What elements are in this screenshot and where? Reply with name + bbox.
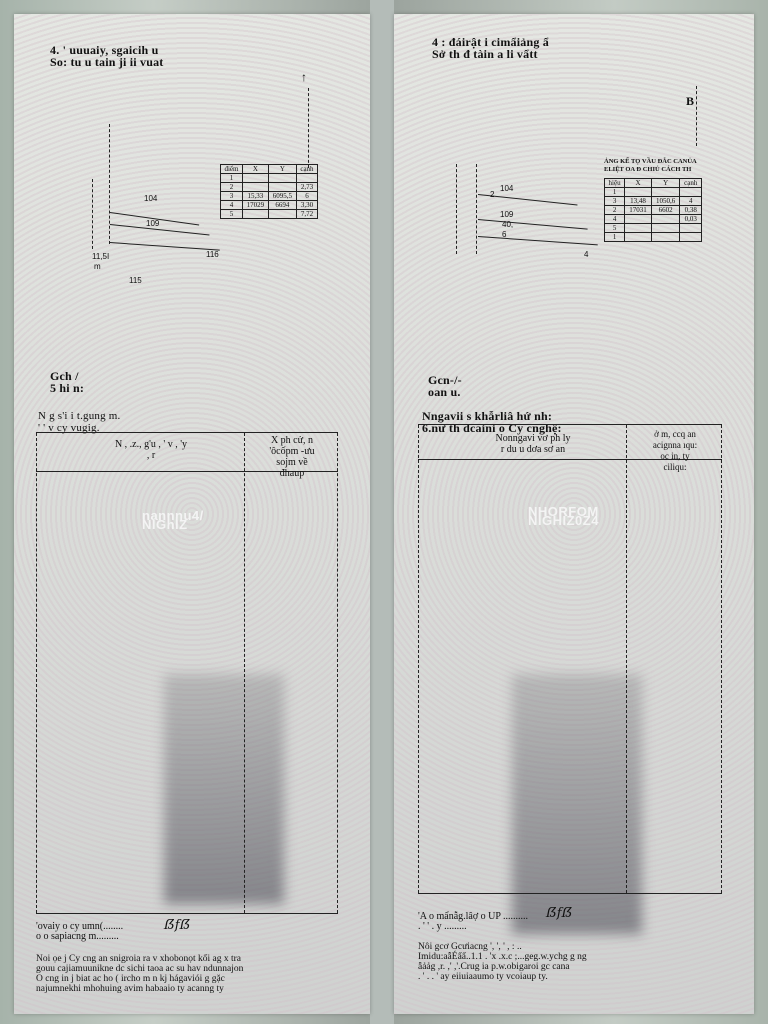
table-cell: 1 [605, 188, 625, 197]
map-label: 115 [129, 276, 142, 285]
plot-edge [456, 164, 457, 254]
table-cell [268, 210, 296, 219]
table-header-row: hiệu X Y cạnh [605, 179, 702, 188]
col1-header-line2: , r [66, 450, 236, 461]
table-cell: 4 [221, 201, 243, 210]
table-divider [244, 433, 245, 913]
map-label: 40, [502, 220, 513, 229]
note-line: Imidu:aẫÉẩẩ..1.1 . 'x .x.c ;...geg.w.ych… [418, 952, 587, 962]
table-header-row: điểm X Y cạnh [221, 165, 318, 174]
col1-header-line1: N , .z., g'u , ' v , 'y [66, 439, 236, 450]
table-cell [625, 224, 652, 233]
map-label: 104 [144, 194, 157, 203]
col1-header: N , .z., g'u , ' v , 'y , r [66, 439, 236, 461]
footer-line2: . ' ' . y ......... [418, 922, 528, 932]
plot-boundary [110, 242, 220, 251]
table-cell: 3 [605, 197, 625, 206]
table-cell: 4 [605, 215, 625, 224]
signature: ẞfẞ [546, 906, 572, 921]
col2-header-line1: ở m, ccq an [630, 429, 720, 440]
signature: ẞfẞ [164, 918, 190, 933]
map-label: 6 [502, 230, 506, 239]
plot-edge [476, 164, 477, 254]
footer-notes: Nôi gcơ Gcưiacng ', ', ' , : .. Imidu:aẫ… [418, 942, 587, 982]
map-axis-line [308, 88, 309, 168]
note-line: O cng in j biat ac ho ( ircho m n kj hág… [36, 974, 243, 984]
table-cell: 1 [221, 174, 243, 183]
plot-boundary [478, 219, 588, 230]
col-header: X [242, 165, 268, 174]
stamp-line2: NIGHIZ0Z4 [528, 513, 599, 528]
col-header: Y [268, 165, 296, 174]
table-cell [242, 183, 268, 192]
right-page: 4 : đáirật i cimẩiảng ẩ Sở th đ tàin a l… [394, 14, 754, 1014]
col1-header-line2: r du u dơa sơ an [448, 444, 618, 455]
table-cell: 6095,5 [268, 192, 296, 201]
table-cell [651, 215, 680, 224]
note-line: najumnekhi mhohuing avim habaaio ty acan… [36, 984, 243, 994]
map-label: 4 [584, 250, 588, 259]
map-label: 104 [500, 184, 513, 193]
table-row: 41702966943,30 [221, 201, 318, 210]
note-line: gouu cajiamuunikne dc sichi taoa ac su h… [36, 964, 243, 974]
table-cell: 17029 [242, 201, 268, 210]
map-label: m [94, 262, 101, 271]
table-cell [625, 215, 652, 224]
table-cell [651, 233, 680, 242]
table-cell [625, 233, 652, 242]
table-cell [680, 233, 702, 242]
plot-boundary [110, 224, 210, 235]
table-border [337, 433, 338, 913]
table-cell: 2,73 [296, 183, 317, 192]
table-border [418, 425, 419, 893]
col-header: X [625, 179, 652, 188]
table-row: 2 2,73 [221, 183, 318, 192]
map-label: 109 [500, 210, 513, 219]
section-4-title-line2: So: tu u tain ji ii vuat [50, 56, 164, 68]
footer-notes: Noi ọe j Cy cng an snigroia ra v xhobonọ… [36, 954, 243, 994]
table-cell: 4 [680, 197, 702, 206]
table-cell [242, 174, 268, 183]
col2-header-line1: X ph cử, n [248, 435, 336, 446]
table-row: 1 [221, 174, 318, 183]
registration-changes-table: Nonngavi vơ ph ly r du u dơa sơ an ở m, … [418, 424, 722, 894]
table-cell [296, 174, 317, 183]
table-cell [651, 224, 680, 233]
table-cell [268, 183, 296, 192]
note-line: Noi ọe j Cy cng an snigroia ra v xhobonọ… [36, 954, 243, 964]
table-cell: 15,33 [242, 192, 268, 201]
table-row: 315,336095,56 [221, 192, 318, 201]
plot-edge [92, 179, 93, 249]
section-6-title-line1: N g s'i i t.gung m. [38, 410, 120, 422]
footer-date: 'ovaiy o cy umn(........ o o sapiacng m.… [36, 922, 123, 942]
note-line: . ' . . ' ay eiiuiaaumo ty vcoiaup ty. [418, 972, 587, 982]
watermark-stamp: NHORFOM NIGHIZ0Z4 [528, 504, 599, 528]
col1-header-line1: Nonngavi vơ ph ly [448, 433, 618, 444]
table-border [36, 433, 37, 913]
table-cell [680, 188, 702, 197]
col2-header-line2: 'ôcốpm -ưu [248, 446, 336, 457]
table-cell: 2 [605, 206, 625, 215]
table-border [721, 425, 722, 893]
registration-changes-table: N , .z., g'u , ' v , 'y , r X ph cử, n '… [36, 432, 338, 914]
map-label: 2 [490, 190, 494, 199]
north-label: B [686, 94, 694, 109]
table-row: 313,481050,64 [605, 197, 702, 206]
table-cell: 3,30 [296, 201, 317, 210]
col-header: Y [651, 179, 680, 188]
table-cell [625, 188, 652, 197]
table-row: 21703166020,38 [605, 206, 702, 215]
watermark-stamp: nannnu4/ NIGhIZ [142, 508, 204, 532]
table-cell: 6 [296, 192, 317, 201]
table-cell [242, 210, 268, 219]
col-header: cạnh [680, 179, 702, 188]
table-row: 5 7,72 [221, 210, 318, 219]
table-cell: 3 [221, 192, 243, 201]
col2-header-line4: đhaup [248, 468, 336, 479]
section-5-title-line2: 5 hi n: [50, 382, 84, 394]
section-5-title: Gch / 5 hi n: [50, 370, 84, 394]
coordinate-table-title: ẢNG KỂ TỌ VẦU ĐẮC CANỦA ELIỆT OA Đ CHIỦ … [604, 158, 697, 174]
table-row: 4 0,03 [605, 215, 702, 224]
table-cell: 2 [221, 183, 243, 192]
table-cell: 17031 [625, 206, 652, 215]
map-label: 116 [206, 250, 219, 259]
section-4-title: 4 : đáirật i cimẩiảng ẩ Sở th đ tàin a l… [432, 36, 549, 60]
note-line: ẫảảg ,r. ,' ,'.Crug ia p.w.obigaroi gc c… [418, 962, 587, 972]
table-cell: 6694 [268, 201, 296, 210]
left-page: 4. ' uuuaiy, sgaicih u So: tu u tain ji … [14, 14, 370, 1014]
col2-header-line3: sojm về [248, 457, 336, 468]
col-header: hiệu [605, 179, 625, 188]
table-cell: 13,48 [625, 197, 652, 206]
footer-line2: o o sapiacng m......... [36, 932, 123, 942]
table-divider [626, 425, 627, 893]
table-cell: 1050,6 [651, 197, 680, 206]
col2-header-line2: acignna ıqu: [630, 440, 720, 451]
map-label: 109 [146, 219, 159, 228]
table-cell: 5 [605, 224, 625, 233]
table-row: 1 [605, 233, 702, 242]
table-cell: 0,38 [680, 206, 702, 215]
map-axis-line [696, 86, 697, 146]
table-row: 5 [605, 224, 702, 233]
plot-edge [109, 124, 110, 244]
coord-title-line2: ELIỆT OA Đ CHIỦ CÁCH TH [604, 166, 697, 174]
table-cell: 7,72 [296, 210, 317, 219]
coord-title-line1: ẢNG KỂ TỌ VẦU ĐẮC CANỦA [604, 158, 697, 166]
table-cell [268, 174, 296, 183]
table-cell: 5 [221, 210, 243, 219]
table-cell [680, 224, 702, 233]
note-line: Nôi gcơ Gcưiacng ', ', ' , : .. [418, 942, 587, 952]
col2-header: ở m, ccq an acignna ıqu: oc in, ty ciliq… [630, 429, 720, 473]
map-label: 11,5I [92, 252, 109, 261]
table-cell: 6602 [651, 206, 680, 215]
table-cell [651, 188, 680, 197]
section-6-title: N g s'i i t.gung m. ' ' v cy vugig. [38, 410, 120, 434]
col1-header: Nonngavi vơ ph ly r du u dơa sơ an [448, 433, 618, 455]
table-row: 1 [605, 188, 702, 197]
section-4-title-line2: Sở th đ tàin a li vẩtt [432, 48, 549, 60]
section-5-title: Gcn-/- oan u. [428, 374, 462, 398]
coordinate-table: điểm X Y cạnh 1 2 2,73315,336095,5641702… [220, 164, 318, 219]
col2-header-line4: ciliqu: [630, 462, 720, 473]
coordinate-table: hiệu X Y cạnh 1 313,481050,6421703166020… [604, 178, 702, 242]
table-cell: 0,03 [680, 215, 702, 224]
north-arrow-icon: ↑ [301, 70, 307, 85]
section-5-title-line2: oan u. [428, 386, 462, 398]
section-4-title: 4. ' uuuaiy, sgaicih u So: tu u tain ji … [50, 44, 164, 68]
col2-header: X ph cử, n 'ôcốpm -ưu sojm về đhaup [248, 435, 336, 479]
plot-boundary [478, 236, 598, 245]
book-gutter [370, 0, 394, 1024]
footer-date: 'A o mẩnẫg.lâợ o UP .......... . ' ' . y… [418, 912, 528, 932]
col-header: điểm [221, 165, 243, 174]
table-cell: 1 [605, 233, 625, 242]
col-header: cạnh [296, 165, 317, 174]
col2-header-line3: oc in, ty [630, 451, 720, 462]
